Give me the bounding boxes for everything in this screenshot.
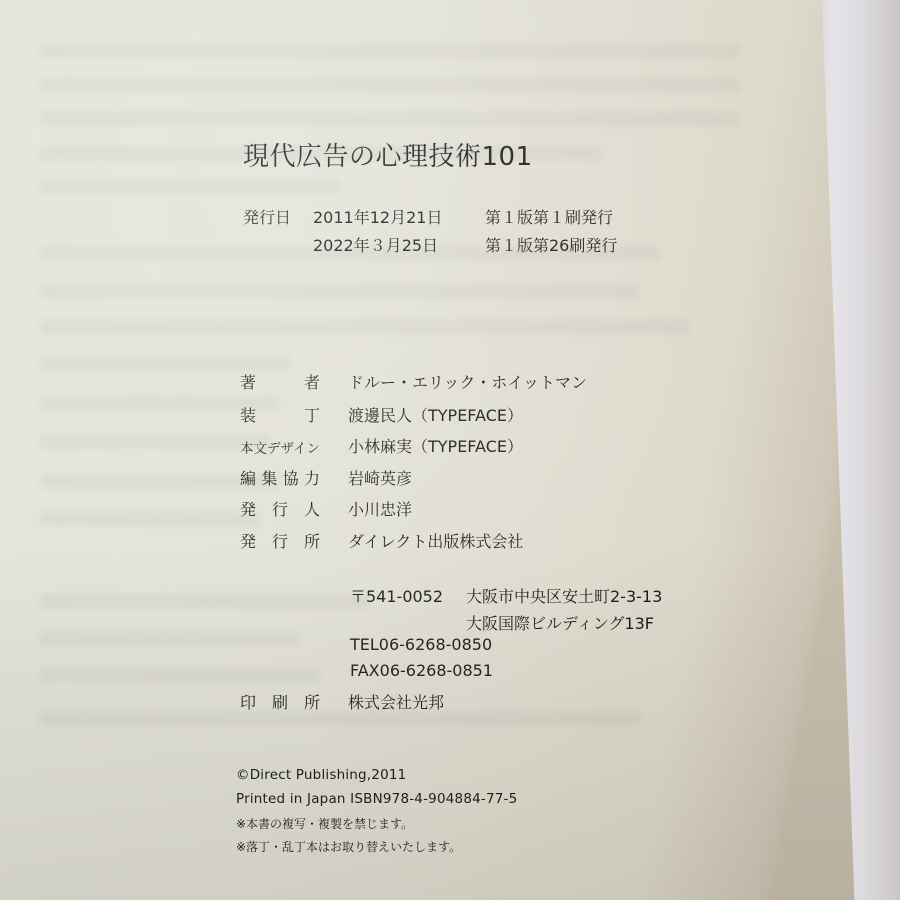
show-through-text <box>40 434 270 448</box>
book-title: 現代広告の心理技術101 <box>243 136 533 173</box>
copyright: ©Direct Publishing,2011 <box>236 767 406 783</box>
colophon-page: 現代広告の心理技術101 発行日 2011年12月21日 第１版第１刷発行 20… <box>0 0 900 900</box>
first-printing-date: 2011年12月21日 <box>313 205 442 228</box>
fax: FAX06-6268-0851 <box>350 661 493 680</box>
show-through-text <box>40 180 340 194</box>
show-through-text <box>40 44 740 58</box>
publication-date-label: 発行日 <box>243 205 291 228</box>
credit-label-publishing-company: 発 行 所 <box>240 529 320 552</box>
credit-value-publishing-company: ダイレクト出版株式会社 <box>348 529 523 552</box>
address-line1: 大阪市中央区安土町2-3-13 <box>466 584 662 607</box>
show-through-text <box>40 512 260 526</box>
show-through-text <box>40 594 370 608</box>
show-through-text <box>40 668 320 682</box>
credit-label-text-design: 本文デザイン <box>240 437 320 457</box>
printer-value: 株式会社光邦 <box>348 690 444 713</box>
latest-printing-edition: 第１版第26刷発行 <box>485 233 617 256</box>
latest-printing-date: 2022年３月25日 <box>313 233 438 256</box>
credit-label-editorial-cooperation: 編 集 協 力 <box>240 466 320 489</box>
show-through-text <box>40 78 740 92</box>
postal-code: 〒541-0052 <box>350 584 443 607</box>
printer-label: 印 刷 所 <box>240 690 320 713</box>
replacement-notice: ※落丁・乱丁本はお取り替えいたします。 <box>236 838 461 855</box>
credit-value-text-design: 小林麻実（TYPEFACE） <box>348 434 523 457</box>
first-printing-edition: 第１版第１刷発行 <box>485 205 613 228</box>
credit-value-editorial-cooperation: 岩崎英彦 <box>348 466 412 489</box>
telephone: TEL06-6268-0850 <box>350 635 492 654</box>
address-line2: 大阪国際ビルディング13F <box>466 611 654 634</box>
credit-value-author: ドルー・エリック・ホイットマン <box>348 370 587 393</box>
show-through-text <box>40 284 640 298</box>
credit-value-cover-design: 渡邊民人（TYPEFACE） <box>348 403 523 426</box>
isbn-line: Printed in Japan ISBN978-4-904884-77-5 <box>236 791 517 807</box>
copy-prohibition-notice: ※本書の複写・複製を禁じます。 <box>236 815 413 832</box>
credit-value-publisher-person: 小川忠洋 <box>348 497 412 520</box>
show-through-text <box>40 712 640 726</box>
show-through-text <box>40 320 690 334</box>
credit-label-author: 著 者 <box>240 370 320 393</box>
credit-label-cover-design: 装 丁 <box>240 403 320 426</box>
show-through-text <box>40 356 290 370</box>
show-through-text <box>40 632 300 646</box>
show-through-text <box>40 112 740 126</box>
credit-label-publisher-person: 発 行 人 <box>240 497 320 520</box>
